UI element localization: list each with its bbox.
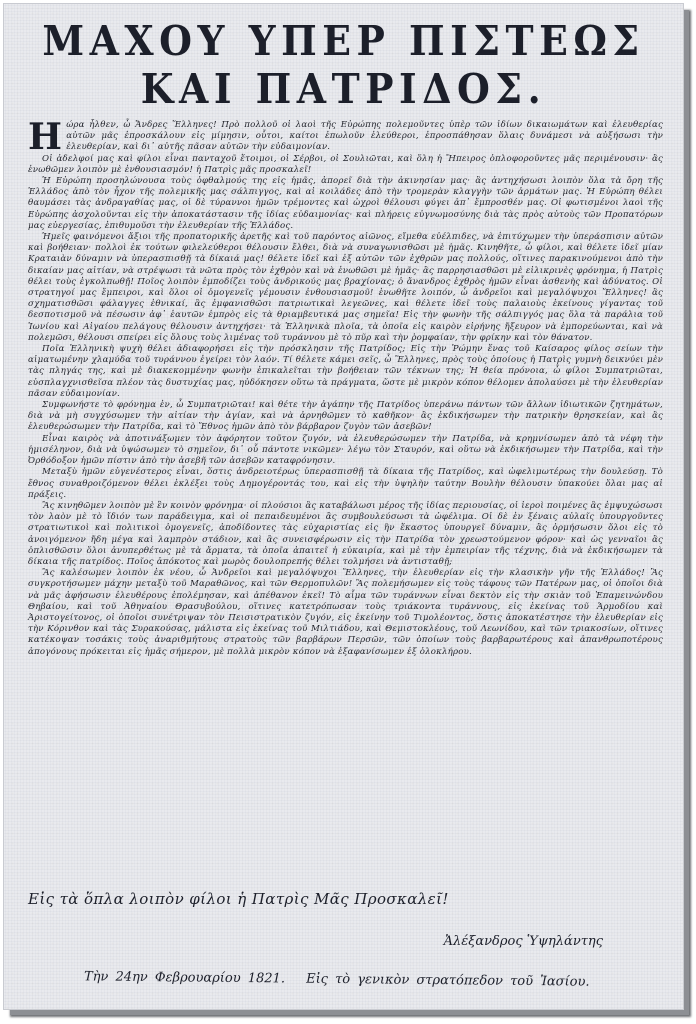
paragraph: Ποῖα Ἑλληνικὴ ψυχὴ θέλει ἀδιαφορήσει εἰς… <box>28 344 663 400</box>
title-line-1: ΜΑΧΟΥ ΥΠΕΡ ΠΙΣΤΕΩΣ <box>31 18 656 64</box>
dateline: Τὴν 24ην Φεβρουαρίου 1821. Εἰς τὸ γενικὸ… <box>84 969 590 989</box>
date: Τὴν 24ην Φεβρουαρίου 1821. <box>84 969 285 986</box>
paragraph: Μεταξὺ ἡμῶν εὐγενέστερος εἶναι, ὅστις ἀν… <box>28 467 663 501</box>
title-line-2: ΚΑΙ ΠΑΤΡΙΔΟΣ. <box>31 66 656 112</box>
drop-cap: Η <box>28 122 62 152</box>
paragraph: Ἡμεῖς φαινόμενοι ἄξιοι τῆς προπατορικῆς … <box>28 232 663 344</box>
paragraph: Ἂς καλέσωμεν λοιπὸν ἐκ νέου, ὦ Ἀνδρεῖοι … <box>28 568 663 658</box>
paragraph: Οἱ ἀδελφοί μας καὶ φίλοι εἶναι πανταχοῦ … <box>28 154 663 176</box>
paragraph: Ἡ Εὐρώπη προσηλώνουσα τοὺς ὀφθαλμούς της… <box>28 176 663 232</box>
paragraph: ώρα ἦλθεν, ὦ Ἄνδρες Ἕλληνες! Πρὸ πολλοῦ … <box>28 120 663 154</box>
place: Εἰς τὸ γενικὸν στρατόπεδον τοῦ Ἰασίου. <box>306 972 590 990</box>
paragraph: Συμφωνήστε τὸ φρόνημα ἐν, ὦ Συμπατριῶται… <box>28 400 663 434</box>
proclamation-body: Η ώρα ἦλθεν, ὦ Ἄνδρες Ἕλληνες! Πρὸ πολλο… <box>28 120 663 658</box>
call-to-arms: Εἰς τὰ ὅπλα λοιπὸν φίλοι ἡ Πατρὶς Μᾶς Πρ… <box>28 890 449 908</box>
proclamation-page: ΜΑΧΟΥ ΥΠΕΡ ΠΙΣΤΕΩΣ ΚΑΙ ΠΑΤΡΙΔΟΣ. Η ώρα ἦ… <box>3 3 684 1010</box>
paragraph: Ἂς κινηθῶμεν λοιπὸν μὲ ἓν κοινὸν φρόνημα… <box>28 501 663 568</box>
paragraph: Εἶναι καιρὸς νὰ ἀποτινάξωμεν τὸν ἀφόρητο… <box>28 434 663 468</box>
signature: Ἀλέξανδρος Ὑψηλάντης <box>444 934 603 949</box>
